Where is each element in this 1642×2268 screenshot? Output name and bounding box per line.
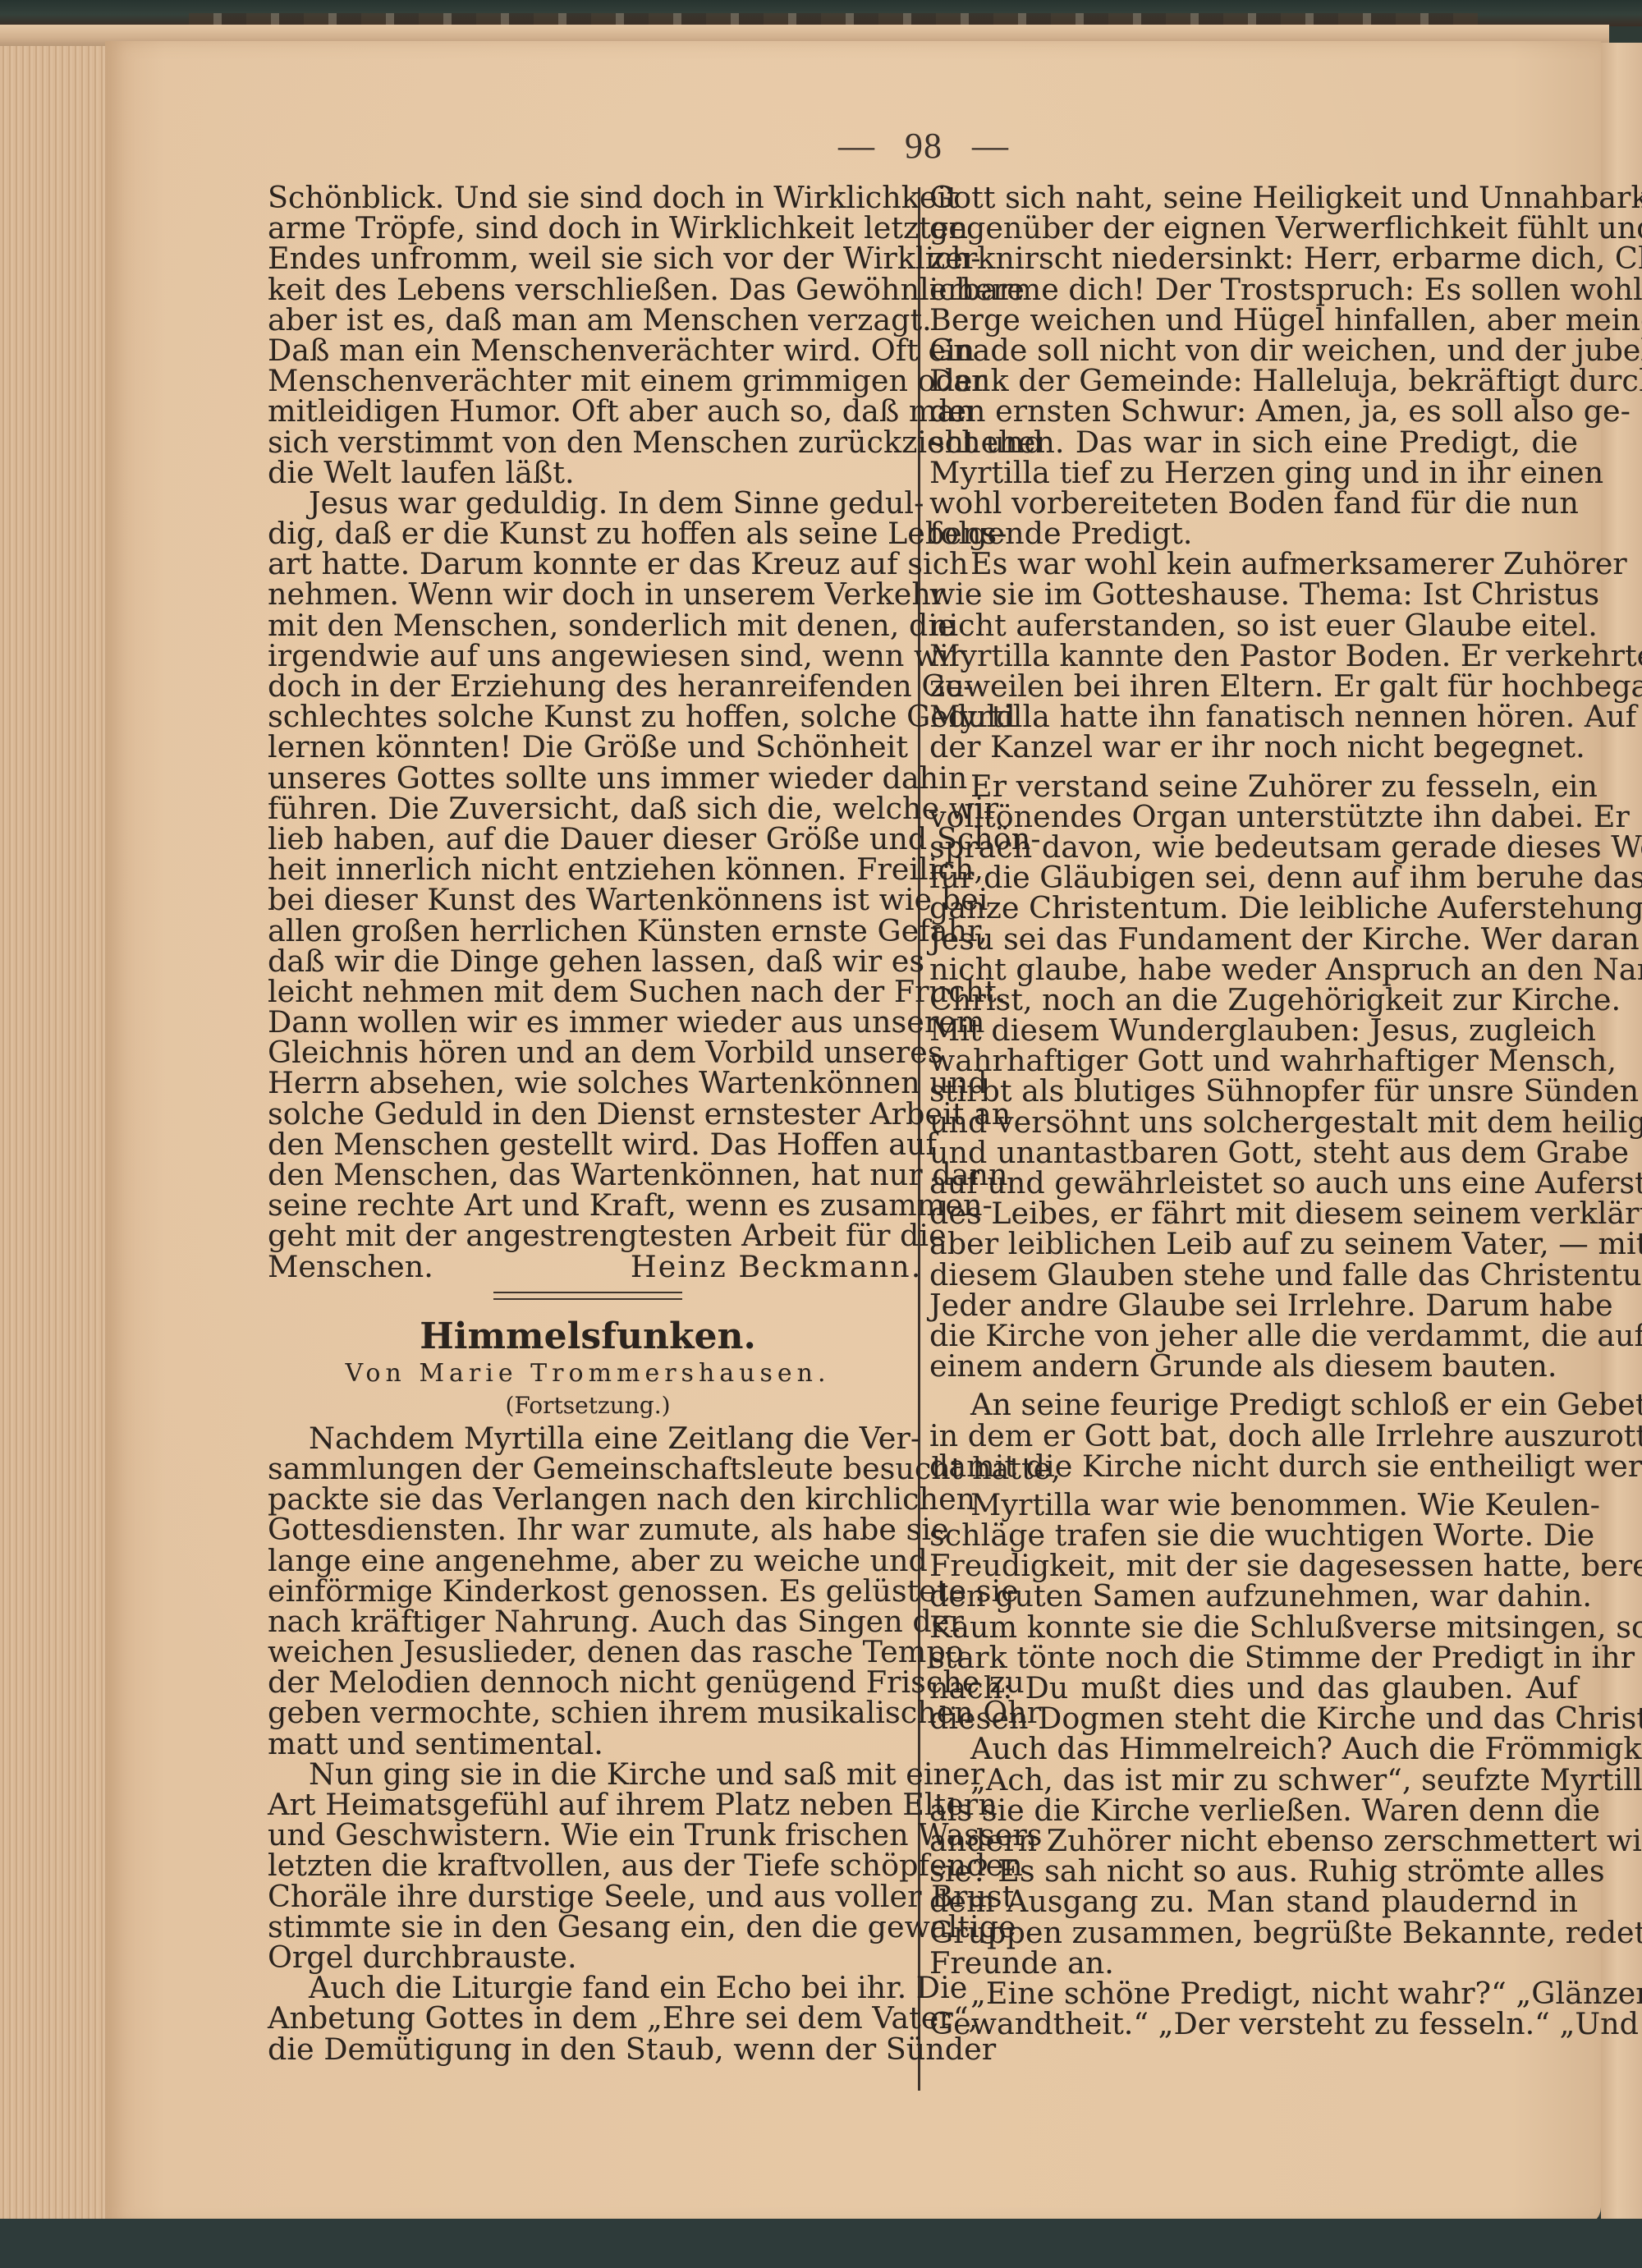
- text-line: Auch das Himmelreich? Auch die Frömmigke…: [929, 1733, 1578, 1764]
- text-line: daß wir die Dinge gehen lassen, daß wir …: [268, 946, 908, 976]
- text-line: schehen. Das war in sich eine Predigt, d…: [929, 427, 1578, 457]
- text-line: Orgel durchbrauste.: [268, 1942, 908, 1972]
- text-line: Myrtilla war wie benommen. Wie Keulen-: [929, 1490, 1578, 1520]
- text-line: heit innerlich nicht entziehen können. F…: [268, 854, 908, 884]
- text-line: wohl vorbereiteten Boden fand für die nu…: [929, 488, 1578, 518]
- text-line: stimmte sie in den Gesang ein, den die g…: [268, 1912, 908, 1942]
- text-line: Jesu sei das Fundament der Kirche. Wer d…: [929, 924, 1578, 954]
- text-line: Gleichnis hören und an dem Vorbild unser…: [268, 1037, 908, 1067]
- text-line: letzten die kraftvollen, aus der Tiefe s…: [268, 1850, 908, 1880]
- text-line: für die Gläubigen sei, denn auf ihm beru…: [929, 862, 1578, 893]
- text-line: Schönblick. Und sie sind doch in Wirklic…: [268, 182, 908, 213]
- text-line: zerknirscht niedersinkt: Herr, erbarme d…: [929, 243, 1578, 273]
- text-line: den ernsten Schwur: Amen, ja, es soll al…: [929, 396, 1578, 426]
- text-line: lange eine angenehme, aber zu weiche und: [268, 1545, 908, 1576]
- text-line: mit den Menschen, sonderlich mit denen, …: [268, 610, 908, 640]
- paragraph: Myrtilla war wie benommen. Wie Keulen-sc…: [929, 1490, 1578, 1734]
- text-line: erbarme dich! Der Trostspruch: Es sollen…: [929, 274, 1578, 305]
- text-line: als sie die Kirche verließen. Waren denn…: [929, 1795, 1578, 1825]
- text-line: einförmige Kinderkost genossen. Es gelüs…: [268, 1576, 908, 1606]
- text-line: aber ist es, daß man am Menschen verzagt…: [268, 305, 908, 335]
- text-line: stark tönte noch die Stimme der Predigt …: [929, 1642, 1578, 1673]
- text-line: geht mit der angestrengtesten Arbeit für…: [268, 1220, 908, 1251]
- text-line: gegenüber der eignen Verwerflichkeit füh…: [929, 213, 1578, 243]
- text-line: Anbetung Gottes in dem „Ehre sei dem Vat…: [268, 2003, 908, 2033]
- text-line: der Melodien dennoch nicht genügend Fris…: [268, 1667, 908, 1697]
- text-line: des Leibes, er fährt mit diesem seinem v…: [929, 1198, 1578, 1228]
- paragraph: Jesus war geduldig. In dem Sinne gedul-d…: [268, 488, 908, 1251]
- text-line: Nachdem Myrtilla eine Zeitlang die Ver-: [268, 1423, 908, 1453]
- text-line: Art Heimatsgefühl auf ihrem Platz neben …: [268, 1789, 908, 1820]
- text-line: dig, daß er die Kunst zu hoffen als sein…: [268, 518, 908, 549]
- text-line: schläge trafen sie die wuchtigen Worte. …: [929, 1520, 1578, 1550]
- text-line: die Welt laufen läßt.: [268, 457, 908, 488]
- author-signature: Heinz Beckmann.: [631, 1249, 922, 1284]
- text-line: auf und gewährleistet so auch uns eine A…: [929, 1168, 1578, 1198]
- text-line: führen. Die Zuversicht, daß sich die, we…: [268, 793, 908, 824]
- page-number: 98: [905, 126, 943, 166]
- text-line: Gruppen zusammen, begrüßte Bekannte, red…: [929, 1917, 1578, 1948]
- text-line: in dem er Gott bat, doch alle Irrlehre a…: [929, 1421, 1578, 1451]
- text-line: wie sie im Gotteshause. Thema: Ist Chris…: [929, 579, 1578, 609]
- text-line: geben vermochte, schien ihrem musikalisc…: [268, 1697, 908, 1728]
- text-line: diesem Glauben stehe und falle das Chris…: [929, 1260, 1578, 1290]
- text-line: Es war wohl kein aufmerksamerer Zuhörer: [929, 549, 1578, 579]
- final-word: Menschen.: [268, 1249, 433, 1284]
- left-column: Schönblick. Und sie sind doch in Wirklic…: [268, 182, 908, 2064]
- signature-line: Menschen.Heinz Beckmann.: [268, 1251, 908, 1282]
- text-line: bei dieser Kunst des Wartenkönnens ist w…: [268, 884, 908, 915]
- text-line: ganze Christentum. Die leibliche Auferst…: [929, 893, 1578, 923]
- text-line: stirbt als blutiges Sühnopfer für unsre …: [929, 1076, 1578, 1106]
- text-line: unseres Gottes sollte uns immer wieder d…: [268, 763, 908, 793]
- text-line: und unantastbaren Gott, steht aus dem Gr…: [929, 1137, 1578, 1168]
- text-line: Jeder andre Glaube sei Irrlehre. Darum h…: [929, 1290, 1578, 1320]
- text-line: dem Ausgang zu. Man stand plaudernd in: [929, 1886, 1578, 1917]
- text-line: und Geschwistern. Wie ein Trunk frischen…: [268, 1820, 908, 1850]
- text-line: nicht glaube, habe weder Anspruch an den…: [929, 954, 1578, 985]
- text-line: Gnade soll nicht von dir weichen, und de…: [929, 335, 1578, 365]
- text-line: und versöhnt uns solchergestalt mit dem …: [929, 1107, 1578, 1137]
- paragraph: Er verstand seine Zuhörer zu fesseln, ei…: [929, 771, 1578, 1382]
- header-dash-left: —: [838, 126, 875, 166]
- text-line: nehmen. Wenn wir doch in unserem Verkehr: [268, 579, 908, 609]
- text-line: schlechtes solche Kunst zu hoffen, solch…: [268, 701, 908, 732]
- text-line: damit die Kirche nicht durch sie entheil…: [929, 1451, 1578, 1481]
- text-line: solche Geduld in den Dienst ernstester A…: [268, 1099, 908, 1129]
- text-line: Kaum konnte sie die Schlußverse mitsinge…: [929, 1612, 1578, 1642]
- paragraph: Nachdem Myrtilla eine Zeitlang die Ver-s…: [268, 1423, 908, 1759]
- text-line: sich verstimmt von den Menschen zurückzi…: [268, 427, 908, 457]
- text-line: einem andern Grunde als diesem bauten.: [929, 1351, 1578, 1381]
- text-line: nach kräftiger Nahrung. Auch das Singen …: [268, 1606, 908, 1637]
- page-number-header: — 98 —: [821, 125, 1026, 167]
- text-line: Christ, noch an die Zugehörigkeit zur Ki…: [929, 985, 1578, 1015]
- section-divider: [493, 1292, 682, 1300]
- text-line: weichen Jesuslieder, denen das rasche Te…: [268, 1637, 908, 1667]
- text-line: lieb haben, auf die Dauer dieser Größe u…: [268, 824, 908, 854]
- text-line: Nun ging sie in die Kirche und saß mit e…: [268, 1759, 908, 1789]
- text-line: Berge weichen und Hügel hinfallen, aber …: [929, 305, 1578, 335]
- text-line: mitleidigen Humor. Oft aber auch so, daß…: [268, 396, 908, 426]
- text-line: allen großen herrlichen Künsten ernste G…: [268, 916, 908, 946]
- paragraph: „Eine schöne Predigt, nicht wahr?“ „Glän…: [929, 1978, 1578, 2039]
- text-line: Er verstand seine Zuhörer zu fesseln, ei…: [929, 771, 1578, 801]
- text-line: wahrhaftiger Gott und wahrhaftiger Mensc…: [929, 1045, 1578, 1076]
- text-line: Endes unfromm, weil sie sich vor der Wir…: [268, 243, 908, 273]
- text-line: andern Zuhörer nicht ebenso zerschmetter…: [929, 1825, 1578, 1856]
- right-column: Gott sich naht, seine Heiligkeit und Unn…: [929, 182, 1578, 2039]
- text-line: sie? Es sah nicht so aus. Ruhig strömte …: [929, 1856, 1578, 1886]
- header-dash-right: —: [972, 126, 1009, 166]
- paragraph: Schönblick. Und sie sind doch in Wirklic…: [268, 182, 908, 488]
- story-title: Himmelsfunken.: [268, 1316, 908, 1357]
- text-line: die Kirche von jeher alle die verdammt, …: [929, 1320, 1578, 1351]
- paragraph: Gott sich naht, seine Heiligkeit und Unn…: [929, 182, 1578, 549]
- text-line: folgende Predigt.: [929, 518, 1578, 549]
- text-line: irgendwie auf uns angewiesen sind, wenn …: [268, 640, 908, 671]
- text-line: keit des Lebens verschließen. Das Gewöhn…: [268, 274, 908, 305]
- text-line: Myrtilla tief zu Herzen ging und in ihr …: [929, 457, 1578, 488]
- text-line: sammlungen der Gemeinschaftsleute besuch…: [268, 1453, 908, 1484]
- paragraph: „Ach, das ist mir zu schwer“, seufzte My…: [929, 1765, 1578, 1978]
- text-line: volltönendes Organ unterstützte ihn dabe…: [929, 801, 1578, 832]
- text-line: zuweilen bei ihren Eltern. Er galt für h…: [929, 671, 1578, 701]
- text-line: Gott sich naht, seine Heiligkeit und Unn…: [929, 182, 1578, 213]
- text-line: Jesus war geduldig. In dem Sinne gedul-: [268, 488, 908, 518]
- text-line: nicht auferstanden, so ist euer Glaube e…: [929, 610, 1578, 640]
- text-line: Dann wollen wir es immer wieder aus unse…: [268, 1007, 908, 1037]
- text-line: „Eine schöne Predigt, nicht wahr?“ „Glän…: [929, 1978, 1578, 2009]
- text-line: lernen könnten! Die Größe und Schönheit: [268, 732, 908, 762]
- text-line: Freunde an.: [929, 1948, 1578, 1978]
- continuation-note: (Fortsetzung.): [268, 1390, 908, 1421]
- text-line: Auch die Liturgie fand ein Echo bei ihr.…: [268, 1972, 908, 2003]
- text-line: Choräle ihre durstige Seele, und aus vol…: [268, 1881, 908, 1912]
- text-line: arme Tröpfe, sind doch in Wirklichkeit l…: [268, 213, 908, 243]
- paragraph: Nun ging sie in die Kirche und saß mit e…: [268, 1759, 908, 1972]
- text-line: „Ach, das ist mir zu schwer“, seufzte My…: [929, 1765, 1578, 1795]
- paragraph: Es war wohl kein aufmerksamerer Zuhörerw…: [929, 549, 1578, 762]
- page-content: — 98 — Schönblick. Und sie sind doch in …: [0, 0, 1642, 2268]
- text-line: matt und sentimental.: [268, 1729, 908, 1759]
- text-line: aber leiblichen Leib auf zu seinem Vater…: [929, 1228, 1578, 1259]
- text-line: der Kanzel war er ihr noch nicht begegne…: [929, 732, 1578, 762]
- text-line: Freudigkeit, mit der sie dagesessen hatt…: [929, 1550, 1578, 1581]
- text-line: Mit diesem Wunderglauben: Jesus, zugleic…: [929, 1015, 1578, 1045]
- text-line: die Demütigung in den Staub, wenn der Sü…: [268, 2034, 908, 2064]
- text-line: Daß man ein Menschenverächter wird. Oft …: [268, 335, 908, 365]
- paragraph: Auch die Liturgie fand ein Echo bei ihr.…: [268, 1972, 908, 2064]
- text-line: packte sie das Verlangen nach den kirchl…: [268, 1484, 908, 1514]
- text-line: Dank der Gemeinde: Halleluja, bekräftigt…: [929, 365, 1578, 396]
- text-line: An seine feurige Predigt schloß er ein G…: [929, 1389, 1578, 1420]
- paragraph: Auch das Himmelreich? Auch die Frömmigke…: [929, 1733, 1578, 1764]
- text-line: diesen Dogmen steht die Kirche und das C…: [929, 1703, 1578, 1733]
- text-line: Gewandtheit.“ „Der versteht zu fesseln.“…: [929, 2009, 1578, 2039]
- text-line: art hatte. Darum konnte er das Kreuz auf…: [268, 549, 908, 579]
- text-line: Gottesdiensten. Ihr war zumute, als habe…: [268, 1514, 908, 1545]
- text-line: Herrn absehen, wie solches Wartenkönnen …: [268, 1067, 908, 1098]
- text-line: leicht nehmen mit dem Suchen nach der Fr…: [268, 976, 908, 1007]
- text-line: Myrtilla hatte ihn fanatisch nennen höre…: [929, 701, 1578, 732]
- text-line: den Menschen gestellt wird. Das Hoffen a…: [268, 1129, 908, 1159]
- paragraph: An seine feurige Predigt schloß er ein G…: [929, 1389, 1578, 1481]
- story-author: Von Marie Trommershausen.: [268, 1357, 908, 1390]
- text-line: doch in der Erziehung des heranreifenden…: [268, 671, 908, 701]
- text-line: Menschenverächter mit einem grimmigen od…: [268, 365, 908, 396]
- text-line: den Menschen, das Wartenkönnen, hat nur …: [268, 1159, 908, 1190]
- text-line: Myrtilla kannte den Pastor Boden. Er ver…: [929, 640, 1578, 671]
- text-line: nach: Du mußt dies und das glauben. Auf: [929, 1673, 1578, 1703]
- text-line: sprach davon, wie bedeutsam gerade diese…: [929, 832, 1578, 862]
- text-line: den guten Samen aufzunehmen, war dahin.: [929, 1581, 1578, 1611]
- text-line: seine rechte Art und Kraft, wenn es zusa…: [268, 1190, 908, 1220]
